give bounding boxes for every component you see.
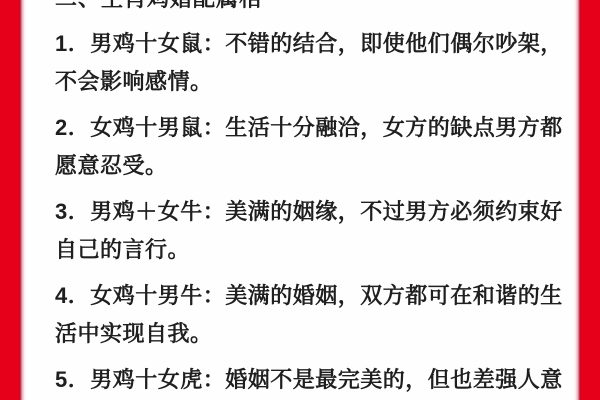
section-title: 二、生肖鸡婚配属相 [55,0,565,11]
list-item: 5．男鸡十女虎：婚姻不是最完美的，但也差强人意 [55,361,565,399]
list-item: 4．女鸡十男牛：美满的婚姻，双方都可在和谐的生 活中实现自我。 [55,277,565,353]
right-red-border [573,0,600,400]
section-title-clipped: 二、生肖鸡婚配属相 [55,0,565,11]
list-item: 2．女鸡十男鼠：生活十分融洽，女方的缺点男方都 愿意忍受。 [55,109,565,185]
content-area: 二、生肖鸡婚配属相 1．男鸡十女鼠：不错的结合，即使他们偶尔吵架， 不会影响感情… [55,0,565,400]
list-item: 1．男鸡十女鼠：不错的结合，即使他们偶尔吵架， 不会影响感情。 [55,25,565,101]
text-card: 二、生肖鸡婚配属相 1．男鸡十女鼠：不错的结合，即使他们偶尔吵架， 不会影响感情… [0,0,600,400]
left-red-border [0,0,27,400]
compatibility-list: 1．男鸡十女鼠：不错的结合，即使他们偶尔吵架， 不会影响感情。 2．女鸡十男鼠：… [55,25,565,399]
list-item: 3．男鸡＋女牛：美满的姻缘，不过男方必须约束好 自己的言行。 [55,193,565,269]
